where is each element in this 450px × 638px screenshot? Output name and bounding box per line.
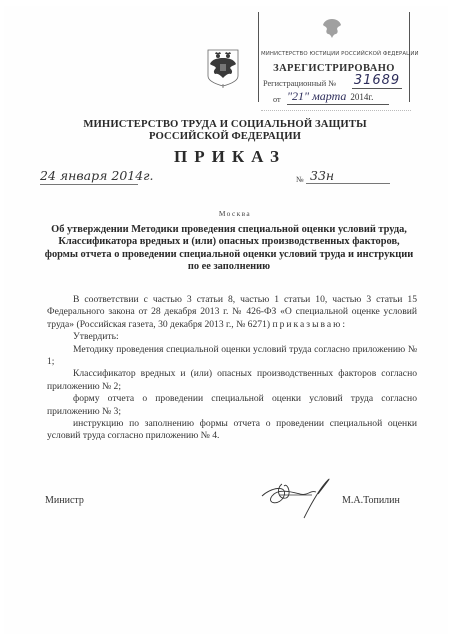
preamble-text: В соответствии с частью 3 статьи 8, част… [47,294,417,330]
stamp-divider [261,110,411,111]
stamp-date-handwritten: "21" марта [287,89,346,103]
signature-block: Министр М.А.Топилин [0,490,450,530]
subject-line1: Об утверждении Методики проведения специ… [36,224,422,236]
registration-stamp: МИНИСТЕРСТВО ЮСТИЦИИ РОССИЙСКОЙ ФЕДЕРАЦИ… [258,12,410,102]
item-4: инструкцию по заполнению формы отчета о … [47,418,417,443]
stamp-date-year: 2014г. [350,92,373,102]
order-number-field: 33н [306,168,390,184]
coat-of-arms-icon [206,48,240,88]
stamp-reg-number: 31689 [352,73,402,89]
ministry-title-line2: РОССИЙСКОЙ ФЕДЕРАЦИИ [0,130,450,142]
ministry-title-line1: МИНИСТЕРСТВО ТРУДА И СОЦИАЛЬНОЙ ЗАЩИТЫ [0,118,450,130]
stamp-ministry-text: МИНИСТЕРСТВО ЮСТИЦИИ РОССИЙСКОЙ ФЕДЕРАЦИ… [261,51,407,57]
order-word: приказываю: [272,319,347,330]
signatory-name: М.А.Топилин [342,495,400,506]
order-number-label: № [296,175,304,184]
item-1: Методику проведения специальной оценки у… [47,344,417,369]
approve-paragraph: Утвердить: [47,331,417,343]
order-body: В соответствии с частью 3 статьи 8, част… [47,294,417,443]
subject-line2: Классификатора вредных и (или) опасных п… [36,236,422,248]
ministry-title: МИНИСТЕРСТВО ТРУДА И СОЦИАЛЬНОЙ ЗАЩИТЫ Р… [0,118,450,142]
subject-line4: по ее заполнению [36,261,422,273]
order-subject: Об утверждении Методики проведения специ… [36,224,422,273]
handwritten-signature-icon [258,474,333,524]
stamp-date-prefix: от [273,95,281,104]
city-label: Москва [0,209,450,218]
order-date-field: 24 января 2014г. [40,168,138,185]
item-3: форму отчета о проведении специальной оц… [47,393,417,418]
signatory-title: Министр [45,495,84,506]
subject-line3: формы отчета о проведении специальной оц… [36,249,422,261]
stamp-date: "21" марта2014г. [287,89,389,105]
stamp-reg-label: Регистрационный № [263,79,336,88]
stamp-emblem-icon [321,16,343,42]
document-type-title: ПРИКАЗ [0,147,450,167]
item-2: Классификатор вредных и (или) опасных пр… [47,368,417,393]
preamble-paragraph: В соответствии с частью 3 статьи 8, част… [47,294,417,331]
